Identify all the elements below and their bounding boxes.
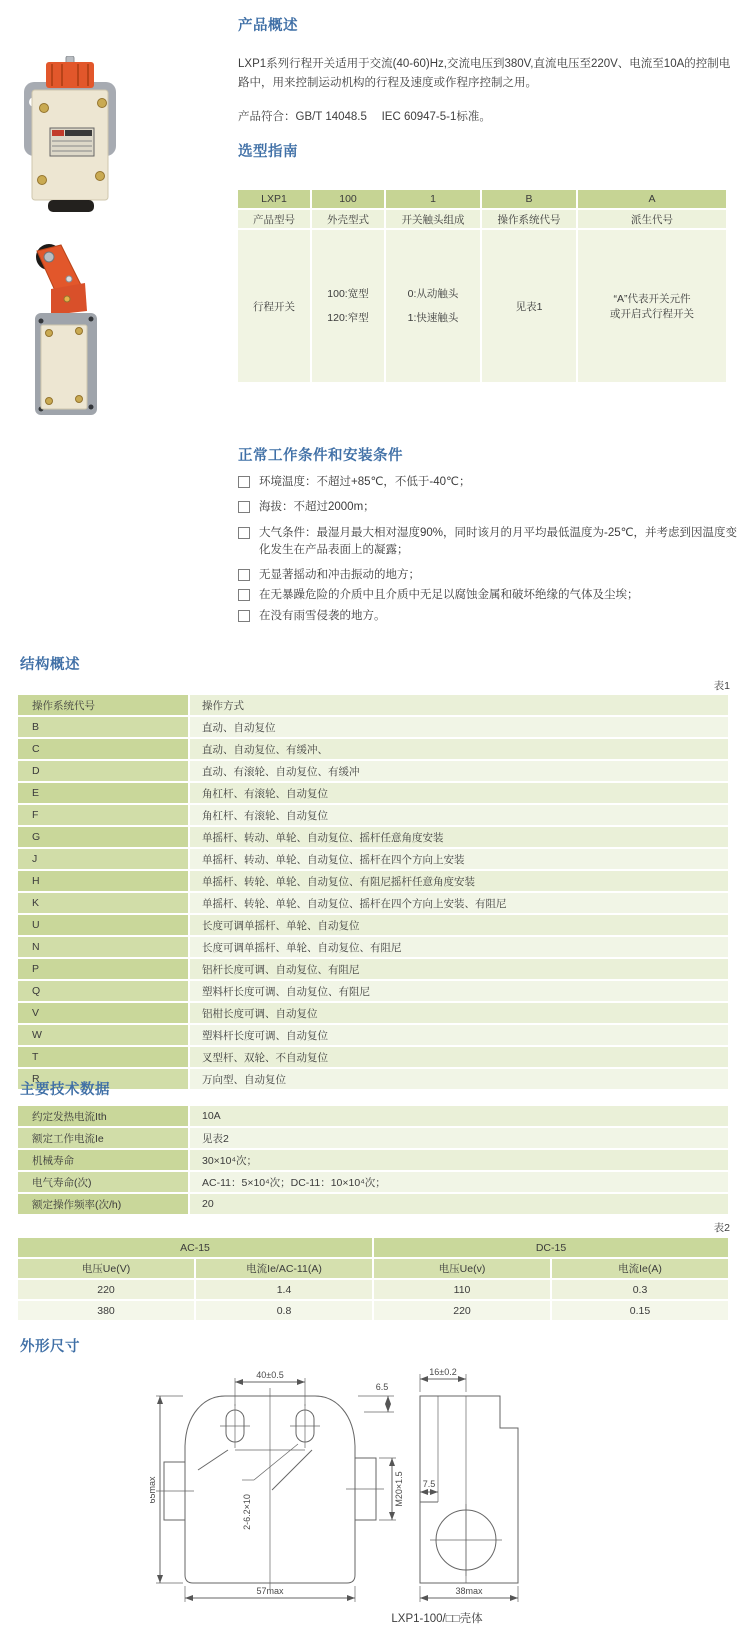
condition-item: 在无暴躁危险的介质中且介质中无足以腐蚀金属和破坏绝缘的气体及尘埃； (238, 587, 738, 604)
table-row: 额定工作电流Ie见表2 (18, 1128, 728, 1148)
product-photo-roller-lever-switch (27, 241, 105, 419)
structure-title: 结构概述 (20, 653, 80, 674)
table-row: E角杠杆、有滚轮、自动复位 (18, 783, 728, 803)
dim-side-bottom-width: 38max (455, 1586, 483, 1596)
checkbox-icon (238, 527, 250, 539)
tech-title: 主要技术数据 (20, 1078, 110, 1099)
selection-name-row: 产品型号 外壳型式 开关触头组成 操作系统代号 派生代号 (238, 210, 726, 228)
table-row: Q塑料杆长度可调、自动复位、有阻尼 (18, 981, 728, 1001)
table-row: 约定发热电流Ith10A (18, 1106, 728, 1126)
desc-cell: “A”代表开关元件 或开启式行程开关 (578, 230, 726, 382)
table-row: U长度可调单摇杆、单轮、自动复位 (18, 915, 728, 935)
checkbox-icon (238, 589, 250, 601)
dim-front-thread: M20×1.5 (394, 1471, 404, 1506)
desc-cell: 行程开关 (238, 230, 310, 382)
name-cell: 外壳型式 (312, 210, 384, 228)
table-row: W塑料杆长度可调、自动复位 (18, 1025, 728, 1045)
dimension-drawing: 40±0.5 6.5 65max 2-6.2×10 M20×1.5 57max … (150, 1362, 710, 1607)
table-row: 380 0.8 220 0.15 (18, 1301, 728, 1320)
table-row: 操作系统代号操作方式 (18, 695, 728, 715)
drawing-caption: LXP1-100/□□壳体 (307, 1610, 567, 1626)
table-row: V铝柑长度可调、自动复位 (18, 1003, 728, 1023)
table-row: 电气寿命(次)AC-11：5×10⁴次；DC-11：10×10⁴次； (18, 1172, 728, 1192)
dim-front-bottom-width: 57max (256, 1586, 284, 1596)
table-row: N长度可调单摇杆、单轮、自动复位、有阻尼 (18, 937, 728, 957)
condition-item: 大气条件：最湿月最大相对湿度90%，同时该月的月平均最低温度为-25℃，并考虑到… (238, 525, 738, 560)
overview-standard-line: 产品符合：GB/T 14048.5 IEC 60947-5-1标准。 (238, 108, 732, 127)
tech-table: 约定发热电流Ith10A 额定工作电流Ie见表2 机械寿命30×10⁴次； 电气… (16, 1104, 730, 1216)
desc-cell: 见表1 (482, 230, 576, 382)
table-row: B直动、自动复位 (18, 717, 728, 737)
selection-code-row: LXP1 100 1 B A (238, 190, 726, 208)
checkbox-icon (238, 476, 250, 488)
switch-head (46, 62, 94, 88)
table-row: P铝杆长度可调、自动复位、有阻尼 (18, 959, 728, 979)
conditions-title: 正常工作条件和安装条件 (238, 444, 403, 465)
overview-paragraph: LXP1系列行程开关适用于交流(40-60)Hz,交流电压到380V,直流电压至… (238, 55, 732, 92)
structure-table: 操作系统代号操作方式 B直动、自动复位 C直动、自动复位、有缓冲、 D直动、有滚… (16, 693, 730, 1091)
table-row: H单摇杆、转轮、单轮、自动复位、有阻尼摇杆任意角度安装 (18, 871, 728, 891)
bottom-boot (48, 200, 94, 212)
condition-item: 环境温度：不超过+85℃，不低于-40℃； (238, 474, 738, 491)
name-cell: 操作系统代号 (482, 210, 576, 228)
code-cell: 1 (386, 190, 480, 208)
overview-title: 产品概述 (238, 14, 298, 35)
checkbox-icon (238, 569, 250, 581)
table-row: K单摇杆、转轮、单轮、自动复位、摇杆在四个方向上安装、有阻尼 (18, 893, 728, 913)
dim-front-top-width: 40±0.5 (256, 1370, 283, 1380)
dim-front-offset: 6.5 (376, 1382, 389, 1392)
name-cell: 开关触头组成 (386, 210, 480, 228)
table1-label: 表1 (714, 678, 730, 693)
table-row: 机械寿命30×10⁴次； (18, 1150, 728, 1170)
product-photo-plunger-switch (18, 56, 122, 214)
table-row: F角杠杆、有滚轮、自动复位 (18, 805, 728, 825)
table-row: D直动、有滚轮、自动复位、有缓冲 (18, 761, 728, 781)
table-row: R万向型、自动复位 (18, 1069, 728, 1089)
table-row: 额定操作频率(次/h)20 (18, 1194, 728, 1214)
selection-table: LXP1 100 1 B A 产品型号 外壳型式 开关触头组成 操作系统代号 派… (236, 188, 728, 384)
name-cell: 派生代号 (578, 210, 726, 228)
group-header: AC-15 (18, 1238, 372, 1257)
table-row: G单摇杆、转动、单轮、自动复位、摇杆任意角度安装 (18, 827, 728, 847)
group-header: DC-15 (374, 1238, 728, 1257)
table-row: 220 1.4 110 0.3 (18, 1280, 728, 1299)
checkbox-icon (238, 610, 250, 622)
condition-item: 无显著摇动和冲击振动的地方； (238, 567, 738, 584)
checkbox-icon (238, 501, 250, 513)
selection-desc-row: 行程开关 100:宽型 120:窄型 0:从动触头 1:快速触头 见表1 “A”… (238, 230, 726, 382)
column-header-row: 电压Ue(V) 电流Ie/AC-11(A) 电压Ue(v) 电流Ie(A) (18, 1259, 728, 1278)
group-header-row: AC-15 DC-15 (18, 1238, 728, 1257)
code-cell: A (578, 190, 726, 208)
desc-cell: 100:宽型 120:窄型 (312, 230, 384, 382)
code-cell: 100 (312, 190, 384, 208)
desc-cell: 0:从动触头 1:快速触头 (386, 230, 480, 382)
front-view (156, 1378, 396, 1602)
condition-item: 海拔：不超过2000m； (238, 499, 738, 516)
name-cell: 产品型号 (238, 210, 310, 228)
dim-front-height: 65max (150, 1476, 157, 1504)
dim-front-slots: 2-6.2×10 (242, 1494, 252, 1530)
selection-title: 选型指南 (238, 140, 298, 161)
ratings-table: AC-15 DC-15 电压Ue(V) 电流Ie/AC-11(A) 电压Ue(v… (16, 1236, 730, 1322)
dimensions-title: 外形尺寸 (20, 1335, 80, 1356)
code-cell: B (482, 190, 576, 208)
code-cell: LXP1 (238, 190, 310, 208)
conditions-list: 环境温度：不超过+85℃，不低于-40℃； 海拔：不超过2000m； 大气条件：… (238, 474, 738, 628)
condition-item: 在没有雨雪侵袭的地方。 (238, 608, 738, 625)
dim-side-step: 7.5 (423, 1479, 436, 1489)
table-row: T叉型杆、双轮、不自动复位 (18, 1047, 728, 1067)
table-row: C直动、自动复位、有缓冲、 (18, 739, 728, 759)
dim-side-top-width: 16±0.2 (429, 1367, 456, 1377)
datasheet-page: 产品概述 LXP1系列行程开关适用于交流(40-60)Hz,交流电压到380V,… (0, 0, 750, 1639)
table2-label: 表2 (714, 1220, 730, 1235)
table-row: J单摇杆、转动、单轮、自动复位、摇杆在四个方向上安装 (18, 849, 728, 869)
